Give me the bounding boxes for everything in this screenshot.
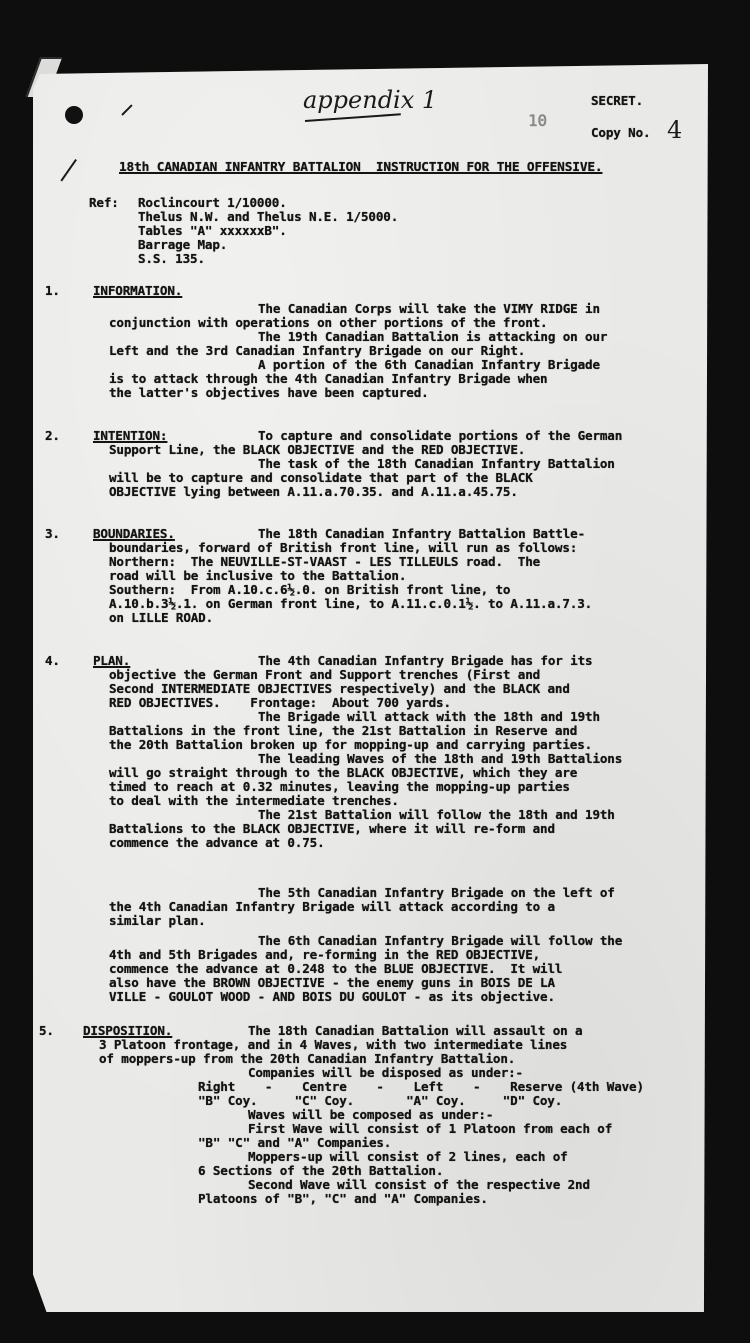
section-number: 1. — [45, 284, 60, 298]
companies-header-row: Right - Centre - Left - Reserve (4th Wav… — [198, 1080, 644, 1094]
ref-label: Ref: — [89, 196, 119, 210]
section-heading-disposition: DISPOSITION. — [83, 1024, 172, 1038]
ref-item: S.S. 135. — [138, 252, 205, 266]
body-line: Northern: The NEUVILLE-ST-VAAST - LES TI… — [109, 555, 540, 569]
body-line: on LILLE ROAD. — [109, 611, 213, 625]
section-heading-intention: INTENTION: — [93, 429, 167, 443]
section-number: 5. — [39, 1024, 54, 1038]
body-line: the 4th Canadian Infantry Brigade will a… — [109, 900, 555, 914]
body-line: also have the BROWN OBJECTIVE - the enem… — [109, 976, 555, 990]
body-line: conjunction with operations on other por… — [109, 316, 548, 330]
body-line: OBJECTIVE lying between A.11.a.70.35. an… — [109, 485, 518, 499]
pencil-mark — [121, 104, 132, 115]
ref-item: Roclincourt 1/10000. — [138, 196, 287, 210]
document-title: 18th CANADIAN INFANTRY BATTALION INSTRUC… — [119, 161, 602, 175]
body-line: A.10.b.3½.1. on German front line, to A.… — [109, 597, 592, 611]
body-line: The task of the 18th Canadian Infantry B… — [258, 457, 615, 471]
pencil-tick-mark — [60, 159, 76, 181]
document-page: appendix 1 10 SECRET. Copy No. 4 18th CA… — [33, 64, 708, 1312]
body-line: The 18th Canadian Battalion will assault… — [248, 1024, 582, 1038]
body-line: The Brigade will attack with the 18th an… — [258, 710, 600, 724]
body-line: To capture and consolidate portions of t… — [258, 429, 622, 443]
body-line: similar plan. — [109, 914, 206, 928]
ref-item: Tables "A" xxxxxxB". — [138, 224, 287, 238]
body-line: The 21st Battalion will follow the 18th … — [258, 808, 615, 822]
body-line: is to attack through the 4th Canadian In… — [109, 372, 548, 386]
body-line: The 5th Canadian Infantry Brigade on the… — [258, 886, 615, 900]
body-line: Moppers-up will consist of 2 lines, each… — [248, 1150, 568, 1164]
body-line: A portion of the 6th Canadian Infantry B… — [258, 358, 600, 372]
body-line: 6 Sections of the 20th Battalion. — [198, 1164, 443, 1178]
body-line: Companies will be disposed as under:- — [248, 1066, 523, 1080]
section-number: 4. — [45, 654, 60, 668]
body-line: Platoons of "B", "C" and "A" Companies. — [198, 1192, 488, 1206]
copy-label: Copy No. — [591, 126, 650, 140]
body-line: Battalions in the front line, the 21st B… — [109, 724, 577, 738]
body-line: the latter's objectives have been captur… — [109, 386, 429, 400]
body-line: The Canadian Corps will take the VIMY RI… — [258, 302, 600, 316]
body-line: The 18th Canadian Infantry Battalion Bat… — [258, 527, 585, 541]
body-line: road will be inclusive to the Battalion. — [109, 569, 406, 583]
body-line: the 20th Battalion broken up for mopping… — [109, 738, 592, 752]
handwritten-appendix-note: appendix 1 — [303, 86, 437, 114]
body-line: Southern: From A.10.c.6½.0. on British f… — [109, 583, 510, 597]
body-line: Left and the 3rd Canadian Infantry Briga… — [109, 344, 525, 358]
body-line: of moppers-up from the 20th Canadian Inf… — [99, 1052, 515, 1066]
body-line: The leading Waves of the 18th and 19th B… — [258, 752, 622, 766]
body-line: RED OBJECTIVES. Frontage: About 700 yard… — [109, 696, 451, 710]
body-line: "B" "C" and "A" Companies. — [198, 1136, 391, 1150]
body-line: to deal with the intermediate trenches. — [109, 794, 399, 808]
body-line: The 19th Canadian Battalion is attacking… — [258, 330, 607, 344]
copy-number: 4 — [667, 116, 682, 144]
body-line: Second Wave will consist of the respecti… — [248, 1178, 590, 1192]
body-line: timed to reach at 0.32 minutes, leaving … — [109, 780, 570, 794]
handwritten-underline — [305, 113, 401, 121]
body-line: 3 Platoon frontage, and in 4 Waves, with… — [99, 1038, 567, 1052]
body-line: First Wave will consist of 1 Platoon fro… — [248, 1122, 612, 1136]
body-line: boundaries, forward of British front lin… — [109, 541, 577, 555]
body-line: The 4th Canadian Infantry Brigade has fo… — [258, 654, 592, 668]
punch-hole — [65, 106, 83, 124]
section-heading-boundaries: BOUNDARIES. — [93, 527, 175, 541]
classification-label: SECRET. — [591, 94, 643, 108]
body-line: 4th and 5th Brigades and, re-forming in … — [109, 948, 540, 962]
body-line: commence the advance at 0.75. — [109, 836, 325, 850]
stamp-number: 10 — [528, 114, 547, 128]
body-line: will be to capture and consolidate that … — [109, 471, 533, 485]
section-number: 2. — [45, 429, 60, 443]
section-heading-information: INFORMATION. — [93, 284, 182, 298]
body-line: Support Line, the BLACK OBJECTIVE and th… — [109, 443, 525, 457]
section-number: 3. — [45, 527, 60, 541]
ref-item: Barrage Map. — [138, 238, 227, 252]
body-line: Second INTERMEDIATE OBJECTIVES respectiv… — [109, 682, 570, 696]
ref-item: Thelus N.W. and Thelus N.E. 1/5000. — [138, 210, 398, 224]
body-line: Battalions to the BLACK OBJECTIVE, where… — [109, 822, 555, 836]
body-line: objective the German Front and Support t… — [109, 668, 540, 682]
companies-value-row: "B" Coy. "C" Coy. "A" Coy. "D" Coy. — [198, 1094, 562, 1108]
body-line: commence the advance at 0.248 to the BLU… — [109, 962, 562, 976]
section-heading-plan: PLAN. — [93, 654, 130, 668]
body-line: Waves will be composed as under:- — [248, 1108, 493, 1122]
body-line: VILLE - GOULOT WOOD - AND BOIS DU GOULOT… — [109, 990, 555, 1004]
body-line: The 6th Canadian Infantry Brigade will f… — [258, 934, 622, 948]
body-line: will go straight through to the BLACK OB… — [109, 766, 577, 780]
